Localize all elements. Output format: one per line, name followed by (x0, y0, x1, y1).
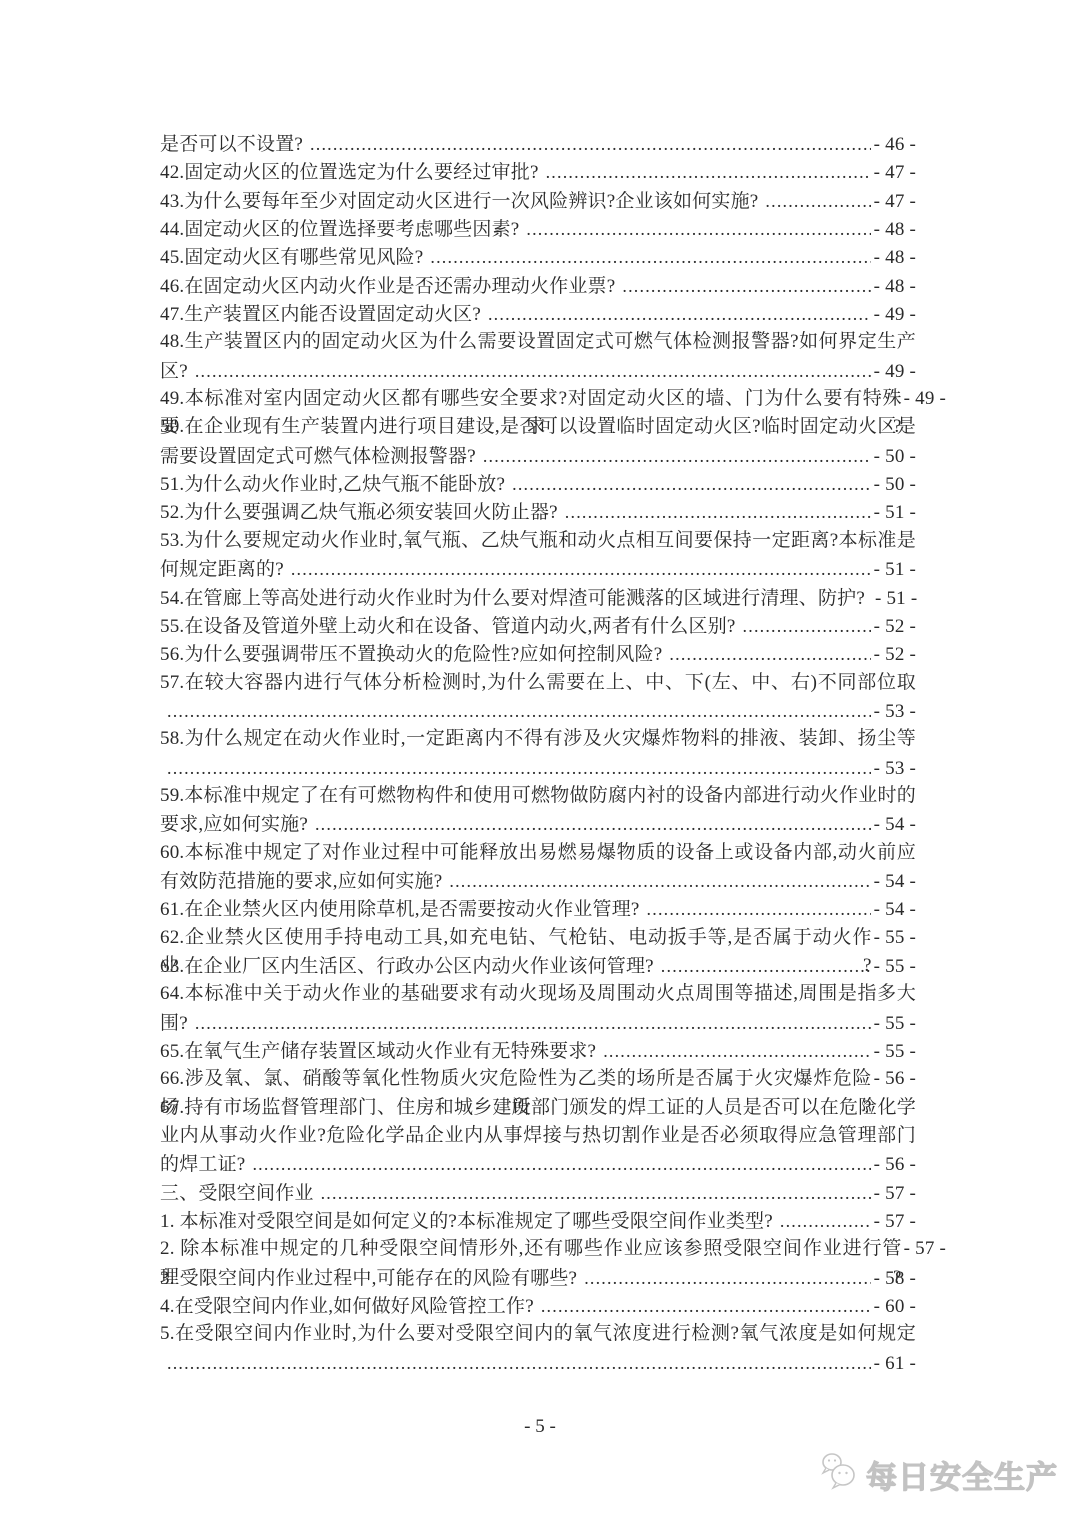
toc-entry-text: 63.在企业厂区内生活区、行政办公区内动火作业该何管理? (160, 953, 654, 981)
toc-entry-text: 54.在管廊上等高处进行动火作业时为什么要对焊渣可能溅落的区域进行清理、防护? (160, 585, 865, 613)
toc-entry-text: 何规定距离的? (160, 556, 284, 584)
toc-page-number: - 50 - (874, 443, 916, 471)
dot-leader (512, 470, 871, 499)
dot-leader (622, 272, 870, 301)
dot-leader (315, 810, 871, 839)
toc-row: 有效防范措施的要求,应如何实施?- 54 - (160, 867, 916, 895)
toc-page-number: - 58 - (874, 1265, 916, 1293)
toc-page-number: - 46 - (874, 131, 916, 159)
toc-page-number: - 54 - (874, 868, 916, 896)
toc-entry-text: 要求,应如何实施? (160, 811, 308, 839)
toc-page-number: - 55 - (874, 924, 916, 952)
toc-entry-text: 有效防范措施的要求,应如何实施? (160, 868, 442, 896)
toc-page-number: - 60 - (874, 1293, 916, 1321)
dot-leader (603, 1037, 870, 1066)
dot-leader (565, 498, 871, 527)
toc-page-number: - 51 - (874, 499, 916, 527)
toc-page-number: - 57 - (874, 1180, 916, 1208)
toc-row: 62.企业禁火区使用手持电动工具,如充电钻、气枪钻、电动扳手等,是否属于动火作业… (160, 924, 916, 952)
toc-page-number: - 56 - (874, 1151, 916, 1179)
toc-row: 67.持有市场监督管理部门、住房和城乡建设部门颁发的焊工证的人员是否可以在危险化… (160, 1094, 916, 1122)
toc-row: 61.在企业禁火区内使用除草机,是否需要按动火作业管理?- 54 - (160, 895, 916, 923)
dot-leader (743, 612, 871, 641)
toc-row: 65.在氧气生产储存装置区域动火作业有无特殊要求?- 55 - (160, 1037, 916, 1065)
toc-row: 44.固定动火区的位置选择要考虑哪些因素?- 48 - (160, 215, 916, 243)
toc-page-number: - 48 - (874, 216, 916, 244)
dot-leader (584, 1264, 870, 1293)
toc-row: 59.本标准中规定了在有可燃物构件和使用可燃物做防腐内衬的设备内部进行动火作业时… (160, 782, 916, 810)
toc-entry-text: 是否可以不设置? (160, 131, 303, 159)
toc-row: 1. 本标准对受限空间是如何定义的?本标准规定了哪些受限空间作业类型?- 57 … (160, 1207, 916, 1235)
toc-row: 57.在较大容器内进行气体分析检测时,为什么需要在上、中、下(左、中、右)不同部… (160, 669, 916, 697)
toc-entry-text: 需要设置固定式可燃气体检测报警器? (160, 443, 476, 471)
toc-entry-text: 56.为什么要强调带压不置换动火的危险性?应如何控制风险? (160, 641, 662, 669)
page-number: - 5 - (0, 1416, 1080, 1438)
toc-row: 53.为什么要规定动火作业时,氧气瓶、乙炔气瓶和动火点相互间要保持一定距离?本标… (160, 527, 916, 555)
toc-row: 64.本标准中关于动火作业的基础要求有动火现场及周围动火点周围等描述,周围是指多… (160, 980, 916, 1008)
toc-page-number: - 61 - (874, 1350, 916, 1378)
toc-row: 4.在受限空间内作业,如何做好风险管控工作?- 60 - (160, 1292, 916, 1320)
dot-leader (526, 215, 870, 244)
toc-row: 是否可以不设置?- 46 - (160, 130, 916, 158)
toc-page-number: - 49 - (874, 301, 916, 329)
dot-leader (488, 300, 871, 329)
toc-page-number: - 51 - (874, 556, 916, 584)
document-page: 是否可以不设置?- 46 -42.固定动火区的位置选定为什么要经过审批?- 47… (0, 0, 1080, 1528)
toc-page-number: - 49 - (874, 358, 916, 386)
toc-row: 66.涉及氧、氯、硝酸等氧化性物质火灾危险性为乙类的场所是否属于火灾爆炸危险场所… (160, 1065, 916, 1093)
toc-page-number: - 47 - (874, 159, 916, 187)
dot-leader (483, 442, 871, 471)
toc-row: 3. 受限空间内作业过程中,可能存在的风险有哪些?- 58 - (160, 1264, 916, 1292)
toc-entry-text: 43.为什么要每年至少对固定动火区进行一次风险辨识?企业该如何实施? (160, 188, 758, 216)
dot-leader (669, 640, 870, 669)
dot-leader (195, 357, 871, 386)
dot-leader (195, 1009, 871, 1038)
toc-row: 45.固定动火区有哪些常见风险?- 48 - (160, 243, 916, 271)
toc-row: - 53 - (160, 754, 916, 782)
wechat-icon (817, 1450, 861, 1499)
toc-entry-text: 区? (160, 358, 188, 386)
dot-leader (541, 1292, 871, 1321)
toc: 是否可以不设置?- 46 -42.固定动火区的位置选定为什么要经过审批?- 47… (160, 130, 916, 1377)
toc-page-number: - 52 - (874, 613, 916, 641)
dot-leader (780, 1207, 871, 1236)
toc-page-number: - 52 - (874, 641, 916, 669)
toc-entry-text: 三、受限空间作业 (160, 1180, 314, 1208)
toc-entry-text: 的焊工证? (160, 1151, 245, 1179)
toc-row: 54.在管廊上等高处进行动火作业时为什么要对焊渣可能溅落的区域进行清理、防护?-… (160, 584, 916, 612)
toc-page-number: - 54 - (874, 896, 916, 924)
dot-leader (291, 555, 871, 584)
toc-page-number: - 57 - (874, 1208, 916, 1236)
toc-row: 围?- 55 - (160, 1009, 916, 1037)
toc-entry-text: 42.固定动火区的位置选定为什么要经过审批? (160, 159, 539, 187)
toc-row: 47.生产装置区内能否设置固定动火区?- 49 - (160, 300, 916, 328)
dot-leader (449, 867, 870, 896)
toc-row: 业内从事动火作业?危险化学品企业内从事焊接与热切割作业是否必须取得应急管理部门颁… (160, 1122, 916, 1150)
toc-row: 何规定距离的?- 51 - (160, 555, 916, 583)
toc-row: 5.在受限空间内作业时,为什么要对受限空间内的氧气浓度进行检测?氧气浓度是如何规… (160, 1320, 916, 1348)
toc-row: 63.在企业厂区内生活区、行政办公区内动火作业该何管理?- 55 - (160, 952, 916, 980)
toc-row: 三、受限空间作业- 57 - (160, 1179, 916, 1207)
dot-leader (310, 130, 871, 159)
toc-row: 的焊工证?- 56 - (160, 1150, 916, 1178)
toc-row: 43.为什么要每年至少对固定动火区进行一次风险辨识?企业该如何实施?- 47 - (160, 187, 916, 215)
toc-entry-text: 55.在设备及管道外壁上动火和在设备、管道内动火,两者有什么区别? (160, 613, 736, 641)
toc-row: 55.在设备及管道外壁上动火和在设备、管道内动火,两者有什么区别?- 52 - (160, 612, 916, 640)
dot-leader (252, 1150, 870, 1179)
toc-row: 56.为什么要强调带压不置换动火的危险性?应如何控制风险?- 52 - (160, 640, 916, 668)
toc-entry-text: 46.在固定动火区内动火作业是否还需办理动火作业票? (160, 273, 615, 301)
watermark-text: 每日安全生产 (866, 1452, 1058, 1497)
toc-page-number: - 54 - (874, 811, 916, 839)
dot-leader (430, 243, 870, 272)
toc-page-number: - 53 - (874, 698, 916, 726)
toc-row: 60.本标准中规定了对作业过程中可能释放出易燃易爆物质的设备上或设备内部,动火前… (160, 839, 916, 867)
toc-entry-text: 44.固定动火区的位置选择要考虑哪些因素? (160, 216, 519, 244)
toc-row: 需要设置固定式可燃气体检测报警器?- 50 - (160, 442, 916, 470)
toc-page-number: - 53 - (874, 755, 916, 783)
watermark: 每日安全生产 (817, 1450, 1058, 1499)
toc-entry-text: 52.为什么要强调乙炔气瓶必须安装回火防止器? (160, 499, 558, 527)
toc-page-number: - 55 - (874, 1010, 916, 1038)
toc-row: 48.生产装置区内的固定动火区为什么需要设置固定式可燃气体检测报警器?如何界定生… (160, 328, 916, 356)
dot-leader (167, 754, 871, 783)
toc-entry-text: 61.在企业禁火区内使用除草机,是否需要按动火作业管理? (160, 896, 640, 924)
toc-page-number: - 47 - (874, 188, 916, 216)
toc-row: 2. 除本标准中规定的几种受限空间情形外,还有哪些作业应该参照受限空间作业进行管… (160, 1235, 946, 1263)
toc-page-number: - 57 - (904, 1235, 946, 1263)
toc-row: 要求,应如何实施?- 54 - (160, 810, 916, 838)
toc-row: - 61 - (160, 1349, 916, 1377)
dot-leader (321, 1179, 871, 1208)
toc-row: - 53 - (160, 697, 916, 725)
dot-leader (167, 1349, 871, 1378)
toc-entry-text: 45.固定动火区有哪些常见风险? (160, 244, 423, 272)
toc-entry-text: 47.生产装置区内能否设置固定动火区? (160, 301, 481, 329)
toc-page-number: - 55 - (874, 1038, 916, 1066)
toc-page-number: - 49 - (904, 385, 946, 413)
dot-leader (546, 158, 871, 187)
toc-row: 50.在企业现有生产装置内进行项目建设,是否可以设置临时固定动火区?临时固定动火… (160, 413, 916, 441)
toc-page-number: - 51 - (875, 585, 917, 613)
toc-row: 区?- 49 - (160, 357, 916, 385)
toc-row: 52.为什么要强调乙炔气瓶必须安装回火防止器?- 51 - (160, 498, 916, 526)
toc-row: 46.在固定动火区内动火作业是否还需办理动火作业票?- 48 - (160, 272, 916, 300)
toc-page-number: - 48 - (874, 244, 916, 272)
dot-leader (661, 952, 871, 981)
toc-row: 51.为什么动火作业时,乙炔气瓶不能卧放?- 50 - (160, 470, 916, 498)
toc-entry-text: 1. 本标准对受限空间是如何定义的?本标准规定了哪些受限空间作业类型? (160, 1208, 773, 1236)
toc-row: 49.本标准对室内固定动火区都有哪些安全要求?对固定动火区的墙、门为什么要有特殊… (160, 385, 946, 413)
toc-entry-text: 51.为什么动火作业时,乙炔气瓶不能卧放? (160, 471, 505, 499)
toc-row: 58.为什么规定在动火作业时,一定距离内不得有涉及火灾爆炸物料的排液、装卸、扬尘… (160, 725, 916, 753)
toc-row: 42.固定动火区的位置选定为什么要经过审批?- 47 - (160, 158, 916, 186)
dot-leader (765, 187, 870, 216)
toc-page-number: - 56 - (874, 1065, 916, 1093)
toc-entry-text: 4.在受限空间内作业,如何做好风险管控工作? (160, 1293, 534, 1321)
toc-page-number: - 48 - (874, 273, 916, 301)
dot-leader (647, 895, 871, 924)
toc-entry-text: 围? (160, 1010, 188, 1038)
toc-page-number: - 50 - (874, 471, 916, 499)
toc-page-number: - 55 - (874, 953, 916, 981)
dot-leader (167, 697, 871, 726)
toc-entry-text: 65.在氧气生产储存装置区域动火作业有无特殊要求? (160, 1038, 596, 1066)
toc-entry-text: 3. 受限空间内作业过程中,可能存在的风险有哪些? (160, 1265, 577, 1293)
